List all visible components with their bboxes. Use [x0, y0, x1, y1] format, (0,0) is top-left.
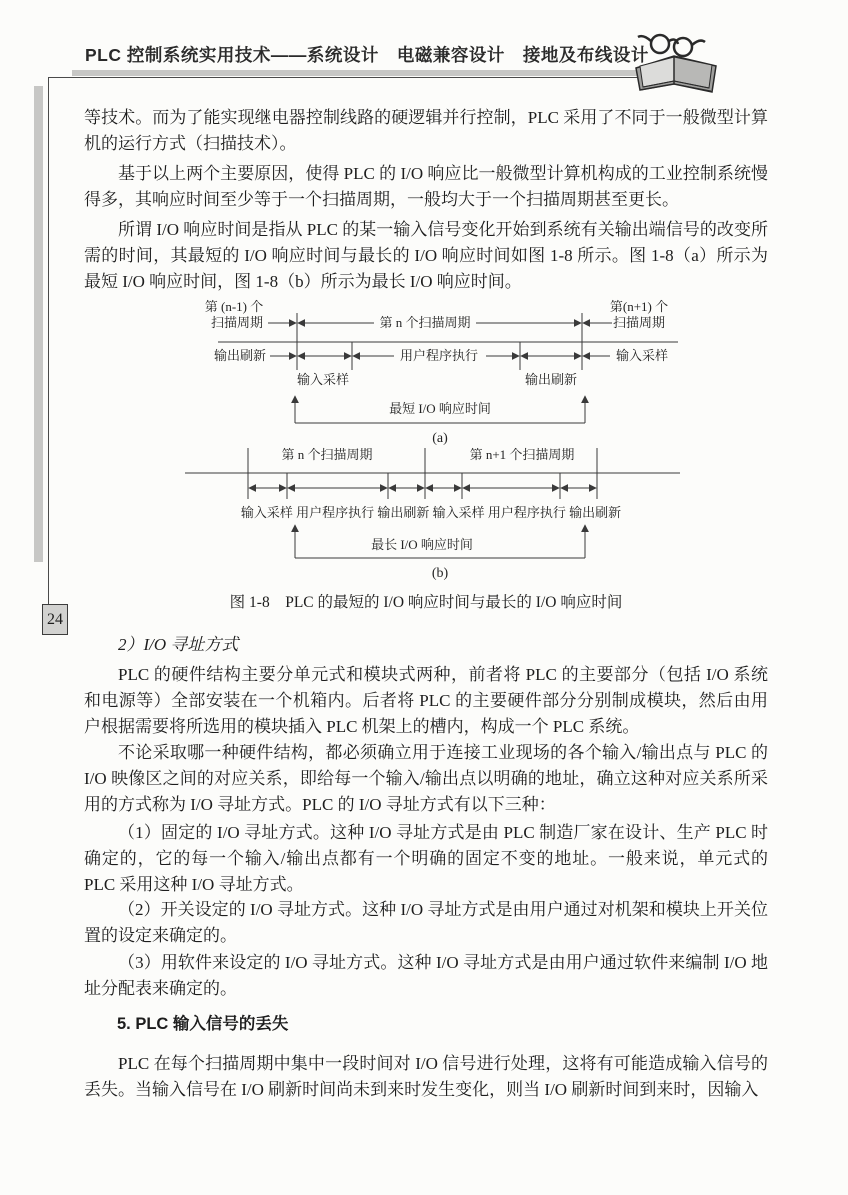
label-cycle-n-a: 第 n 个扫描周期: [379, 315, 470, 330]
paragraph: PLC 在每个扫描周期中集中一段时间对 I/O 信号进行处理，这将有可能造成输入…: [84, 1051, 768, 1103]
label-output-refresh-left: 输出刷新: [214, 348, 266, 363]
label-input-sample-right: 输入采样: [616, 348, 668, 363]
header-gray-band: [72, 70, 638, 76]
diagram-b: 第 n 个扫描周期 第 n+1 个扫描周期 输入采样 用户程序执行 输出刷新 输…: [185, 447, 680, 581]
label-prev-cycle-line1: 第 (n-1) 个: [205, 299, 264, 314]
list-item: （3）用软件来设定的 I/O 寻址方式。这种 I/O 寻址方式是由用户通过软件来…: [84, 950, 768, 1002]
subsection-heading-io-addressing: 2）I/O 寻址方式: [84, 632, 768, 658]
paragraph: PLC 的硬件结构主要分单元式和模块式两种，前者将 PLC 的主要部分（包括 I…: [84, 662, 768, 740]
label-next-cycle-line2: 扫描周期: [613, 315, 665, 330]
left-margin-gray-band: [34, 86, 43, 562]
paragraph: 不论采取哪一种硬件结构，都必须确立用于连接工业现场的各个输入/输出点与 PLC …: [84, 740, 768, 818]
label-prev-cycle-line2: 扫描周期: [211, 315, 263, 330]
diagram-a: 第 (n-1) 个 扫描周期 第 n 个扫描周期 第(n+1) 个 扫描周期 输…: [205, 299, 678, 446]
page-number: 24: [47, 611, 63, 629]
label-next-cycle-line1: 第(n+1) 个: [610, 299, 668, 314]
subfigure-tag-b: (b): [432, 566, 449, 581]
subfigure-tag-a: (a): [432, 431, 448, 446]
figure-caption: 图 1-8 PLC 的最短的 I/O 响应时间与最长的 I/O 响应时间: [84, 590, 768, 612]
label-segment-sequence: 输入采样 用户程序执行 输出刷新 输入采样 用户程序执行 输出刷新: [241, 505, 621, 520]
label-longest-response-time: 最长 I/O 响应时间: [371, 537, 473, 552]
label-user-program-a: 用户程序执行: [400, 348, 478, 363]
label-cycle-n-plus-1: 第 n+1 个扫描周期: [470, 447, 575, 462]
left-margin-rule-line: [48, 77, 49, 604]
paragraph-continuation: 等技术。而为了能实现继电器控制线路的硬逻辑并行控制，PLC 采用了不同于一般微型…: [84, 105, 768, 157]
list-item: （1）固定的 I/O 寻址方式。这种 I/O 寻址方式是由 PLC 制造厂家在设…: [84, 820, 768, 898]
section-heading-signal-loss: 5. PLC 输入信号的丢失: [84, 1011, 768, 1037]
label-cycle-n-b: 第 n 个扫描周期: [281, 447, 372, 462]
label-shortest-response-time: 最短 I/O 响应时间: [389, 401, 491, 416]
book-with-glasses-icon: [628, 26, 724, 102]
label-output-refresh-under: 输出刷新: [525, 372, 577, 387]
figure-1-8-timing-diagram: 第 (n-1) 个 扫描周期 第 n 个扫描周期 第(n+1) 个 扫描周期 输…: [150, 296, 710, 586]
label-input-sample-under: 输入采样: [297, 372, 349, 387]
paragraph: 基于以上两个主要原因，使得 PLC 的 I/O 响应比一般微型计算机构成的工业控…: [84, 161, 768, 213]
page-header-title: PLC 控制系统实用技术——系统设计 电磁兼容设计 接地及布线设计: [85, 42, 645, 67]
list-item: （2）开关设定的 I/O 寻址方式。这种 I/O 寻址方式是由用户通过对机架和模…: [84, 897, 768, 949]
page-number-box: 24: [42, 604, 68, 635]
header-rule-line: [48, 77, 638, 78]
book-page: PLC 控制系统实用技术——系统设计 电磁兼容设计 接地及布线设计 24 等技术…: [0, 0, 848, 1195]
paragraph: 所谓 I/O 响应时间是指从 PLC 的某一输入信号变化开始到系统有关输出端信号…: [84, 217, 768, 295]
